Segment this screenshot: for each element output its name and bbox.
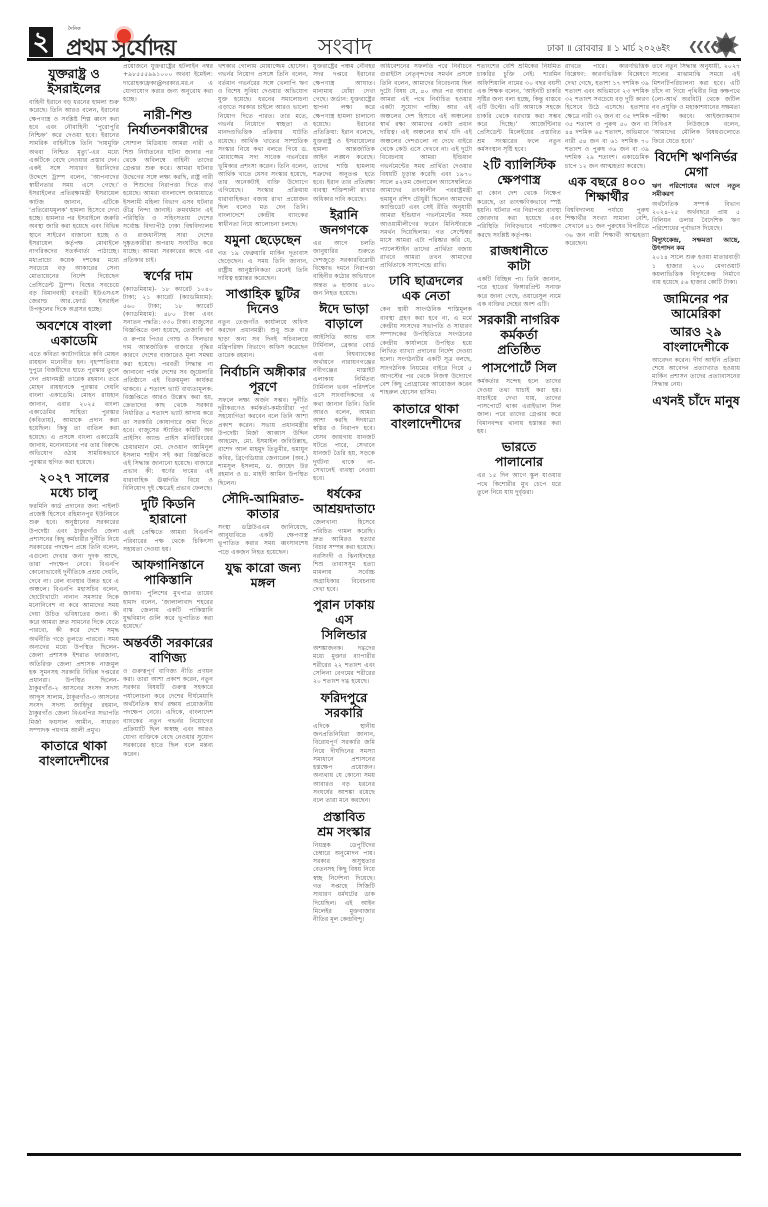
star-emblem-icon [713,32,739,58]
article-body: এর ১৫ দিন আগে স্কুল যাওয়ার পথে কিশোরীর … [477,472,561,497]
article-headline: পুরান ঢাকায় এস সিলিন্ডার [313,597,375,642]
article-headline: অবশেষে বাংলা একাডেমি [29,318,119,348]
article-headline: যুদ্ধ কারো জন্য মঙ্গল [218,560,308,590]
article-body: অশঙ্কাজনক। দগ্ধদের মধ্যে মুক্তার ব্যাপার… [313,645,375,686]
article-body: বিশ্ববিদ্যালয় পর্যায়ে পুরুষ শিক্ষার্থী… [565,207,649,248]
article-body: (ক্যাডমিয়াম)- ১৮ ক্যারেট ১০৪০ টাকা; ২১ … [123,286,213,493]
article-body: এদিকে স্থানীয় জনপ্রতিনিধিরা জানান, বিরো… [313,723,375,806]
article-column-5: অধিবেশনের সফলতি পরে নির্বাচনে গুরাইটস নে… [380,63,472,1151]
article-column-8: তবে নতুন সিদ্ধান্ত অনুযায়ী, ২০২৭ সালের … [652,63,740,1151]
article-body: এরই প্রেক্ষিতে আমরা বিএনপি পরিবারের পক্ষ… [123,529,213,554]
article-column-7: রাখতে পারে। কারণভিত্তিক বিশ্লেষণ: কারণভি… [565,63,649,1151]
article-headline: ধর্ষকের আশ্রয়দাতাদের [313,486,375,516]
article-headline: ইরানি জনগণকে [313,207,375,237]
article-column-1: যুক্তরাষ্ট্র ও ইসরাইলেরবাহিনী ইরানে বড় … [29,63,119,1151]
article-body: কেন স্থায়ী সাংগঠনিক শাস্তিমূলক ব্যবস্থা… [380,306,472,397]
article-headline: পাসপোর্টে সিল [477,360,561,375]
article-headline: এক বছরে ৪০০ শিক্ষার্থীর [565,174,649,204]
article-body: আইসিডি অ্যান্ড বাস টার্মিনাল, ব্রেকার বো… [313,334,375,483]
section-title: সংবাদ [318,30,372,67]
sun-logo-icon [117,29,131,43]
article-headline: আরও ২৯ বাংলাদেশীকে [652,324,740,354]
article-headline: ঢাবি ছাত্রদলের এক নেতা [380,273,472,303]
article-body: একটি বিচ্ছিন্ন পা। তিনি জানান, পরে হাতের… [477,276,561,309]
article-body: ও গুরুত্বপূর্ণ বাণিজ্য নীতি প্রণয়ন করা।… [123,668,213,759]
article-headline: নির্বাচনি অঙ্গীকার পূরণে [218,364,308,394]
article-headline: আফগানিস্তানে পাকিস্তানি [123,557,213,587]
article-body: গত ১৯ ফেব্রুয়ারি মার্কিন দূতাবাস ছেড়েছ… [218,250,308,283]
article-headline: প্রস্তাবিত শ্রম সংস্কার [313,809,375,839]
header-rule [27,58,741,61]
article-body: ফরমিনি কার্ড প্রদানের জন্য পাইলট প্রজেক্… [29,503,119,735]
article-headline: দুটি কিডনি হারানো [123,496,213,526]
article-column-2: প্রয়োজনে যুক্তরাষ্ট্রের হটলাইন নম্বর +৯… [123,63,213,1151]
article-body: আবেদন করেন। দীর্ঘ আইনি প্রক্রিয়া শেষে আ… [652,357,740,390]
dateline: ঢাকা ॥ রোববার ॥ ১ মার্চ ২০২৬ইং [547,41,670,56]
article-body: শতাংশের বেশি শ্রমিকের নিয়মিত চাকরির চুক… [477,63,561,154]
article-column-6: শতাংশের বেশি শ্রমিকের নিয়মিত চাকরির চুক… [477,63,561,1151]
article-body: বা কোন দেশ থেকে নিক্ষেপ করেছে, তা তাৎক্ষ… [477,190,561,240]
article-subhead: বিদ্যুৎকেন্দ্র, সক্ষমতা আছে, উৎপাদন কম [652,236,740,253]
article-subhead: ঋণ পরিশোধের আগে নতুন সমীকরণ [652,182,740,199]
article-column-4: যুক্তরাষ্ট্রের পঞ্চম নৌবহর সদর দপ্তরে ইর… [313,63,375,1151]
article-body: তবে নতুন সিদ্ধান্ত অনুযায়ী, ২০২৭ সালের … [652,63,740,146]
article-body: সোশাল মিডিয়ায় আমরা নারী ও শিশু নির্যাত… [123,140,213,264]
article-headline: নারী-শিশু নির্যাতনকারীদের [123,107,213,137]
chevrons-left-icon: ❮❮❮❮ [688,39,716,53]
article-headline: এখনই চাঁদে মানুষ [652,393,740,408]
article-body: কর্মকর্তার সন্দেহ হলে তাদের দেওয়া তথ্য … [477,378,561,436]
masthead: ২ দৈনিক প্রথম সূর্যোদয় সংবাদ ঢাকা ॥ রোব… [0,0,768,58]
article-headline: যমুনা ছেড়েছেন [218,232,308,247]
article-headline: ভারতে পালানোর [477,439,561,469]
article-body: অধিবেশনের সফলতি পরে নির্বাচনে গুরাইটস নে… [380,63,472,270]
article-headline: ২টি ব্যালিস্টিক ক্ষেপণাস্ত্র [477,157,561,187]
article-headline: সাপ্তাহিক ছুটির দিনেও [218,286,308,316]
article-body: জানায়। পুলিশের মুখপাত্র তায়েব হামাদ বল… [123,590,213,631]
article-body: নিয়ন্ত্রক ডেপুটিদের চেম্বারে অনুমোদন পা… [313,842,375,925]
footer-rule [27,1153,741,1156]
article-headline: বিদেশি ঋণনির্ভর মেগা [652,149,740,179]
article-column-3: খশকার গোলাম মোয়াজ্জেম হোসেন। গভর্নর নিয… [218,63,308,1151]
article-headline: ২০২৭ সালের মধ্যে চালু [29,470,119,500]
article-body: সংস্থা ডব্লিউএএম জানিয়েছে, আবুধাবিতে এক… [218,524,308,557]
article-body: যুক্তরাষ্ট্রের পঞ্চম নৌবহর সদর দপ্তরে ইর… [313,63,375,204]
article-headline: স্বর্ণের দাম [123,268,213,283]
article-body: অর্থনৈতিক সম্পর্ক বিভাগ ২০২৪-২৫ অর্থবছরে… [652,201,740,234]
article-headline: সরকারী নাগরিক কর্মকর্তা প্রতিষ্ঠিত [477,312,561,357]
article-headline: অন্তর্বর্তী সরকারের বাণিজ্য [123,635,213,665]
article-body: জেলখানা হিসেবে পরিচিত গামল করেছি। দ্রুত … [313,519,375,594]
article-body: ২০১৪ সালে শুরু হওয়া মাতারবাড়ী ১ হাজার … [652,254,740,287]
article-body: নতুন তেজগাঁও কার্যালয়ে অফিস করছেন প্রধা… [218,319,308,360]
article-headline: ঈদে ভাড়া বাড়ালে [313,301,375,331]
article-headline: রাজধানীতে কাটা [477,243,561,273]
article-headline: ফরিদপুরে সরকারি [313,690,375,720]
article-headline: কাতারে থাকা বাংলাদেশীদের [380,401,472,431]
article-body: রাখতে পারে। কারণভিত্তিক বিশ্লেষণ: কারণভি… [565,63,649,171]
article-body: খশকার গোলাম মোয়াজ্জেম হোসেন। গভর্নর নিয… [218,63,308,229]
article-body: বাহিনী ইরানে বড় ধরনের হামলা শুরু করেছে।… [29,99,119,315]
article-headline: জামিনের পর আমেরিকা [652,291,740,321]
article-body: এতে কবিতা ক্যাটাগরিতে কবি মোহন রায়হান ম… [29,351,119,467]
page-number: ২ [29,27,53,57]
article-headline: কাতারে থাকা বাংলাদেশীদের [29,738,119,768]
article-headline: যুক্তরাষ্ট্র ও ইসরাইলের [29,66,119,96]
article-body: এর আগে চলতি জানুয়ারির শুরুতে দেশজুড়ে স… [313,240,375,298]
article-body: সফলে লক্ষ্য অর্জন সম্ভব। দুর্নীতি দূরীকর… [218,397,308,488]
article-body: প্রয়োজনে যুক্তরাষ্ট্রের হটলাইন নম্বর +৯… [123,63,213,104]
article-headline: সৌদি-আমিরাত-কাতার [218,491,308,521]
